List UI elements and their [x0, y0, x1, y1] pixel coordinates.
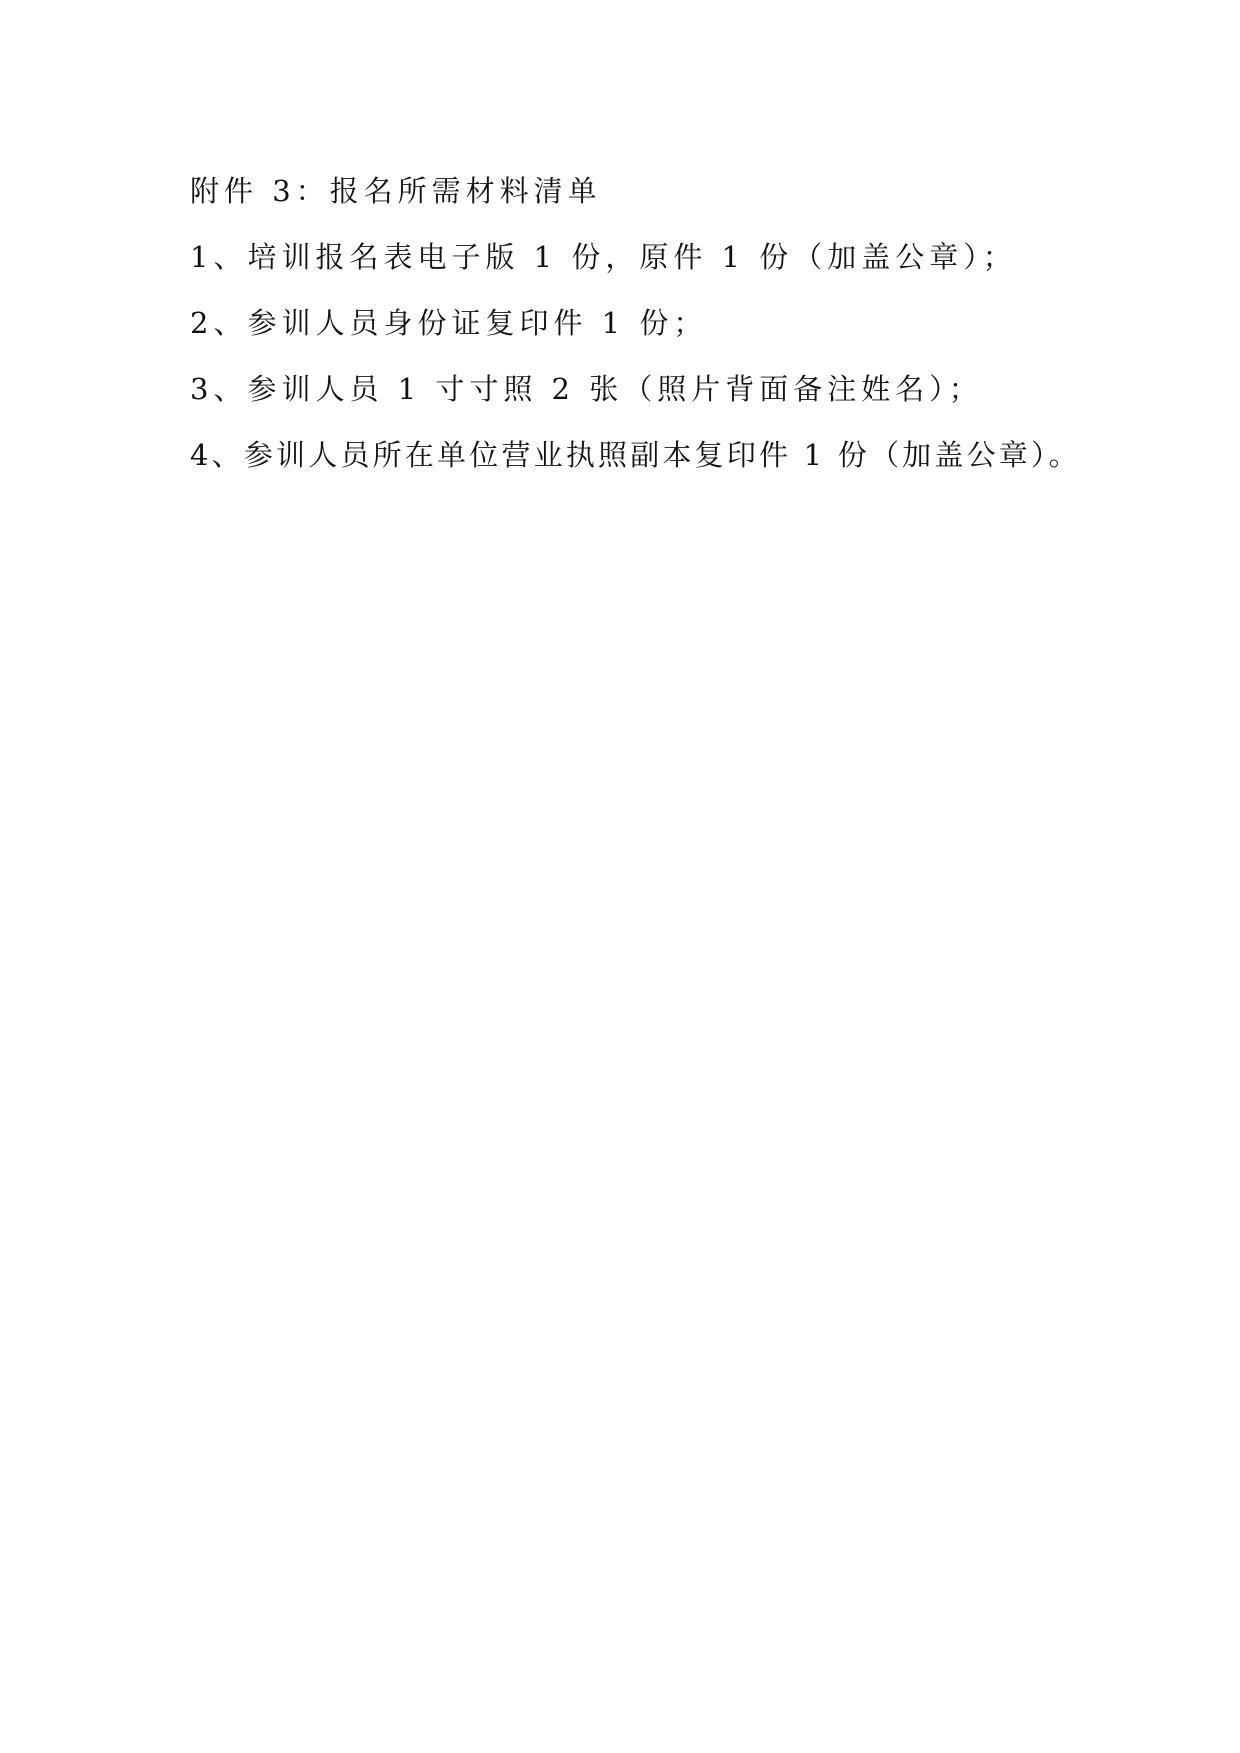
list-item-4: 4、参训人员所在单位营业执照副本复印件 1 份（加盖公章）。 [190, 422, 1090, 488]
list-item-1: 1、培训报名表电子版 1 份，原件 1 份（加盖公章）； [190, 224, 1090, 290]
document-title: 附件 3：报名所需材料清单 [190, 158, 1090, 224]
list-item-2: 2、参训人员身份证复印件 1 份； [190, 290, 1090, 356]
document-page: 附件 3：报名所需材料清单 1、培训报名表电子版 1 份，原件 1 份（加盖公章… [0, 0, 1240, 1753]
document-body: 附件 3：报名所需材料清单 1、培训报名表电子版 1 份，原件 1 份（加盖公章… [190, 158, 1090, 488]
list-item-3: 3、参训人员 1 寸寸照 2 张（照片背面备注姓名）； [190, 356, 1090, 422]
